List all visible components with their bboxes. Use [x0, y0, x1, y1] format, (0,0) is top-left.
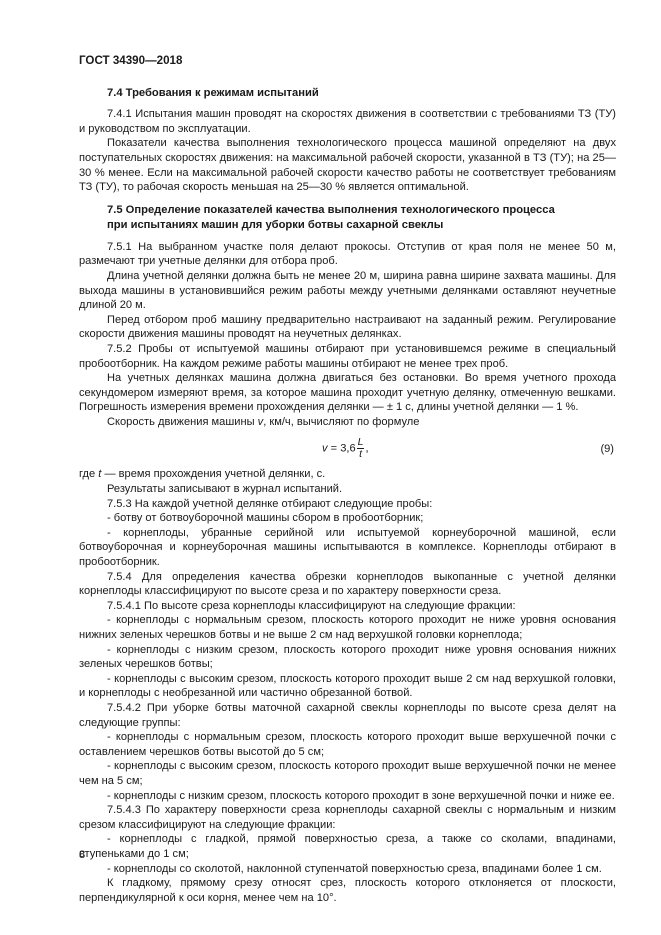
paragraph: 7.5.4.1 По высоте среза корнеплоды класс… — [79, 599, 616, 614]
paragraph: На учетных делянках машина должна двигат… — [79, 371, 616, 415]
heading-line: при испытаниях машин для уборки ботвы са… — [107, 218, 616, 233]
list-item: - корнеплоды с высоким срезом, плоскость… — [79, 672, 616, 701]
paragraph: Длина учетной делянки должна быть не мен… — [79, 269, 616, 313]
fraction: Lt — [357, 437, 365, 460]
list-item: - корнеплоды с нормальным срезом, плоско… — [79, 613, 616, 642]
paragraph: Результаты записывают в журнал испытаний… — [79, 482, 616, 497]
list-item: - корнеплоды с низким срезом, плоскость … — [79, 789, 616, 804]
section-heading-7-4: 7.4 Требования к режимам испытаний — [107, 86, 616, 101]
heading-line: 7.5 Определение показателей качества вып… — [107, 203, 616, 218]
paragraph: 7.5.4.2 При уборке ботвы маточной сахарн… — [79, 701, 616, 730]
paragraph: 7.4.1 Испытания машин проводят на скорос… — [79, 107, 616, 136]
section-heading-7-5: 7.5 Определение показателей качества вып… — [107, 203, 616, 233]
list-item: - корнеплоды, убранные серийной или испы… — [79, 526, 616, 570]
list-item: - корнеплоды с гладкой, прямой поверхнос… — [79, 832, 616, 861]
formula-number: (9) — [600, 442, 614, 457]
formula-intro: Скорость движения машины v, км/ч, вычисл… — [79, 415, 616, 430]
document-header: ГОСТ 34390—2018 — [79, 54, 616, 69]
list-item: - корнеплоды с нормальным срезом, плоско… — [79, 730, 616, 759]
paragraph: 7.5.4 Для определения качества обрезки к… — [79, 570, 616, 599]
list-item: - корнеплоды с высоким срезом, плоскость… — [79, 759, 616, 788]
list-item: - корнеплоды со сколотой, наклонной ступ… — [79, 862, 616, 877]
formula-expression: v = 3,6Lt, — [322, 437, 369, 460]
list-item: - корнеплоды с низким срезом, плоскость … — [79, 643, 616, 672]
paragraph: К гладкому, прямому срезу относят срез, … — [79, 876, 616, 905]
paragraph: 7.5.2 Пробы от испытуемой машины отбираю… — [79, 342, 616, 371]
formula-where: где t — время прохождения учетной делянк… — [79, 467, 616, 482]
paragraph: 7.5.4.3 По характеру поверхности среза к… — [79, 803, 616, 832]
paragraph: 7.5.3 На каждой учетной делянке отбирают… — [79, 497, 616, 512]
formula-9: v = 3,6Lt, (9) — [79, 435, 616, 465]
list-item: - ботву от ботвоуборочной машины сбором … — [79, 511, 616, 526]
paragraph: 7.5.1 На выбранном участке поля делают п… — [79, 240, 616, 269]
document-page: ГОСТ 34390—2018 7.4 Требования к режимам… — [79, 54, 616, 905]
page-number: 8 — [79, 849, 85, 861]
paragraph: Показатели качества выполнения технологи… — [79, 136, 616, 194]
paragraph: Перед отбором проб машину предварительно… — [79, 313, 616, 342]
